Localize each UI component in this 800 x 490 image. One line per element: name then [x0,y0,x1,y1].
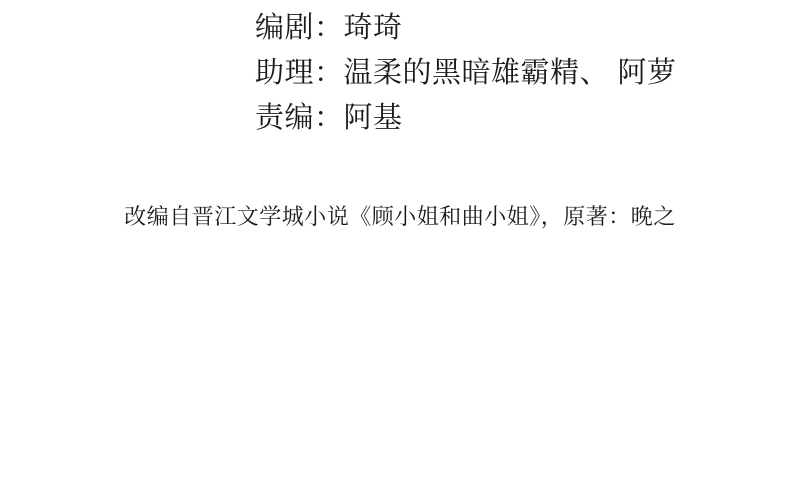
credit-line-assistant: 助理：温柔的黑暗雄霸精、 阿萝 [255,51,677,96]
credit-line-editor: 责编：阿基 [255,96,677,141]
credits-block: 编剧：琦琦 助理：温柔的黑暗雄霸精、 阿萝 责编：阿基 [255,6,677,141]
credit-line-screenwriter: 编剧：琦琦 [255,6,677,51]
adaptation-source-note: 改编自晋江文学城小说《顾小姐和曲小姐》，原著：晚之 [0,202,800,232]
comic-credits-page: 编剧：琦琦 助理：温柔的黑暗雄霸精、 阿萝 责编：阿基 改编自晋江文学城小说《顾… [0,0,800,490]
